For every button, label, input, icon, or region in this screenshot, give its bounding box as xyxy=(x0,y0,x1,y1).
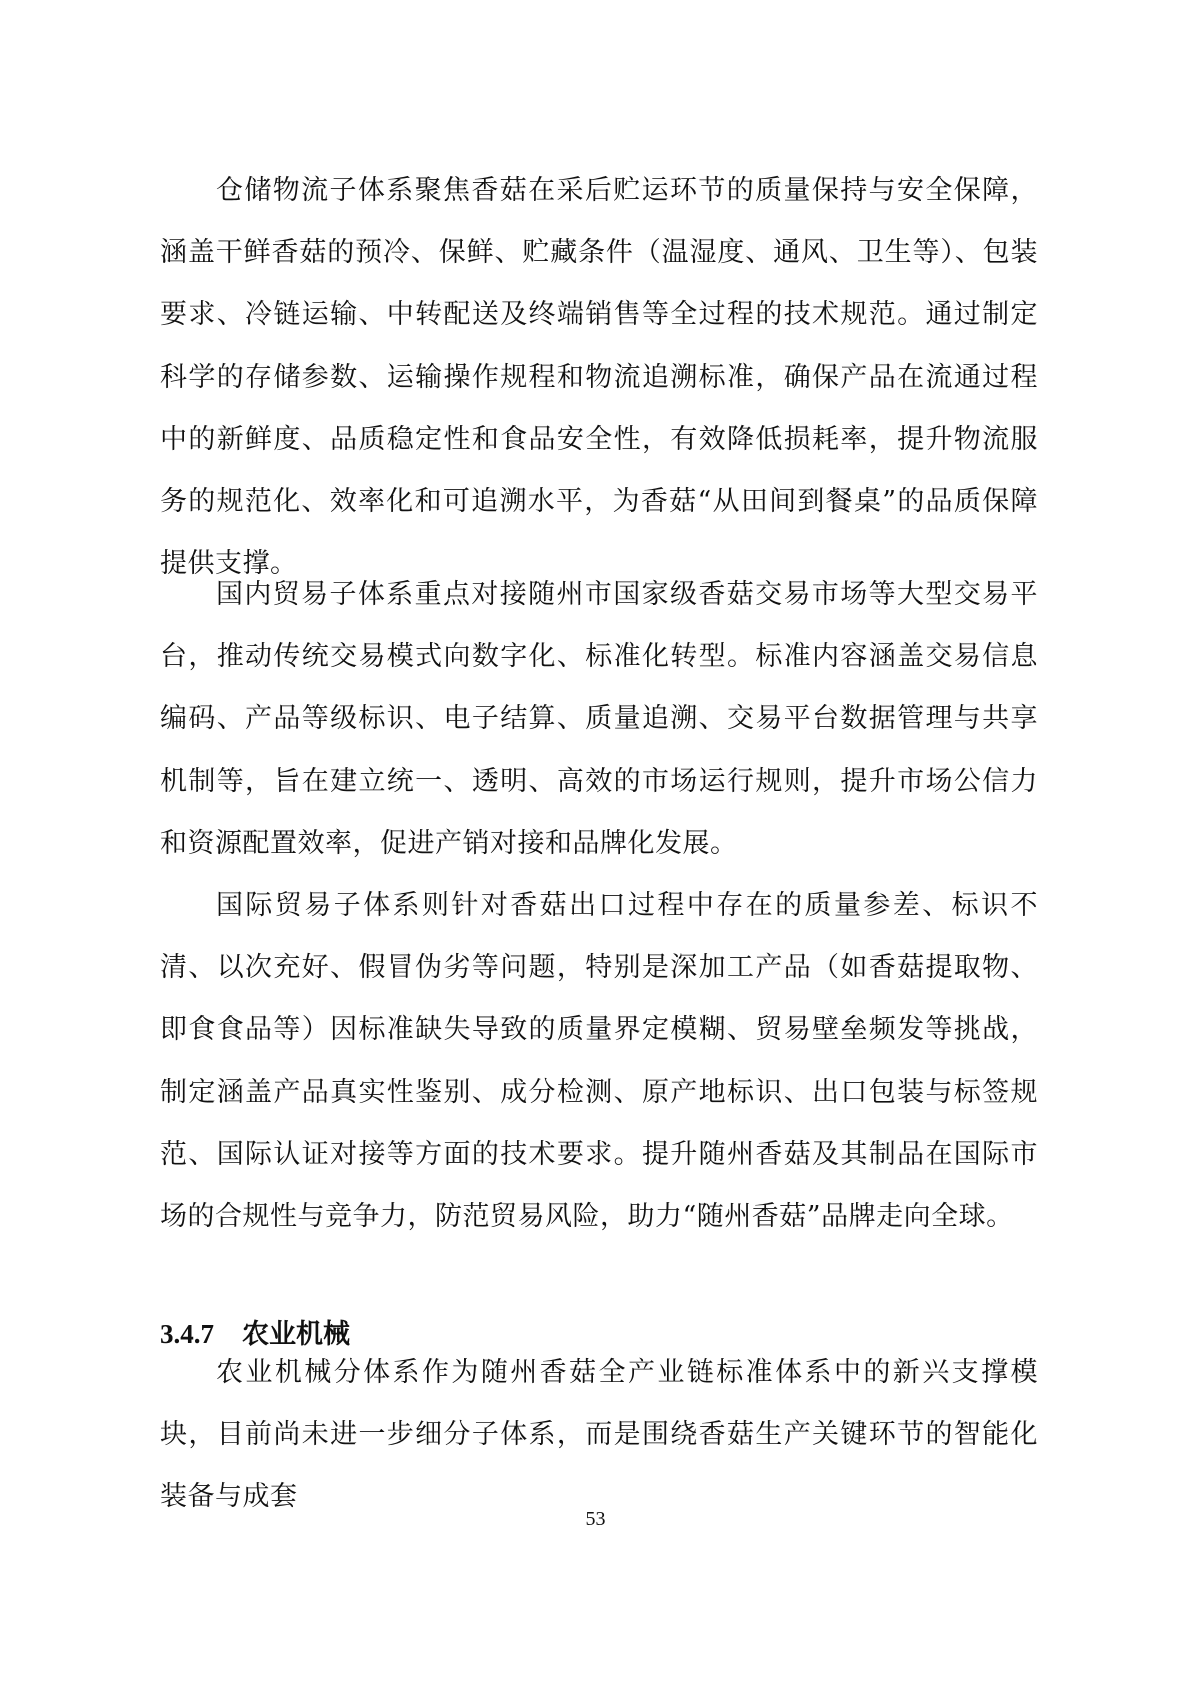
paragraph-domestic-trade: 国内贸易子体系重点对接随州市国家级香菇交易市场等大型交易平台，推动传统交易模式向… xyxy=(160,564,1038,875)
paragraph-agricultural-machinery: 农业机械分体系作为随州香菇全产业链标准体系中的新兴支撑模块，目前尚未进一步细分子… xyxy=(160,1342,1038,1529)
document-page: 仓储物流子体系聚焦香菇在采后贮运环节的质量保持与安全保障，涵盖干鲜香菇的预冷、保… xyxy=(0,0,1191,1684)
page-number: 53 xyxy=(0,1508,1191,1531)
paragraph-international-trade: 国际贸易子体系则针对香菇出口过程中存在的质量参差、标识不清、以次充好、假冒伪劣等… xyxy=(160,875,1038,1248)
paragraph-storage-logistics: 仓储物流子体系聚焦香菇在采后贮运环节的质量保持与安全保障，涵盖干鲜香菇的预冷、保… xyxy=(160,160,1038,595)
